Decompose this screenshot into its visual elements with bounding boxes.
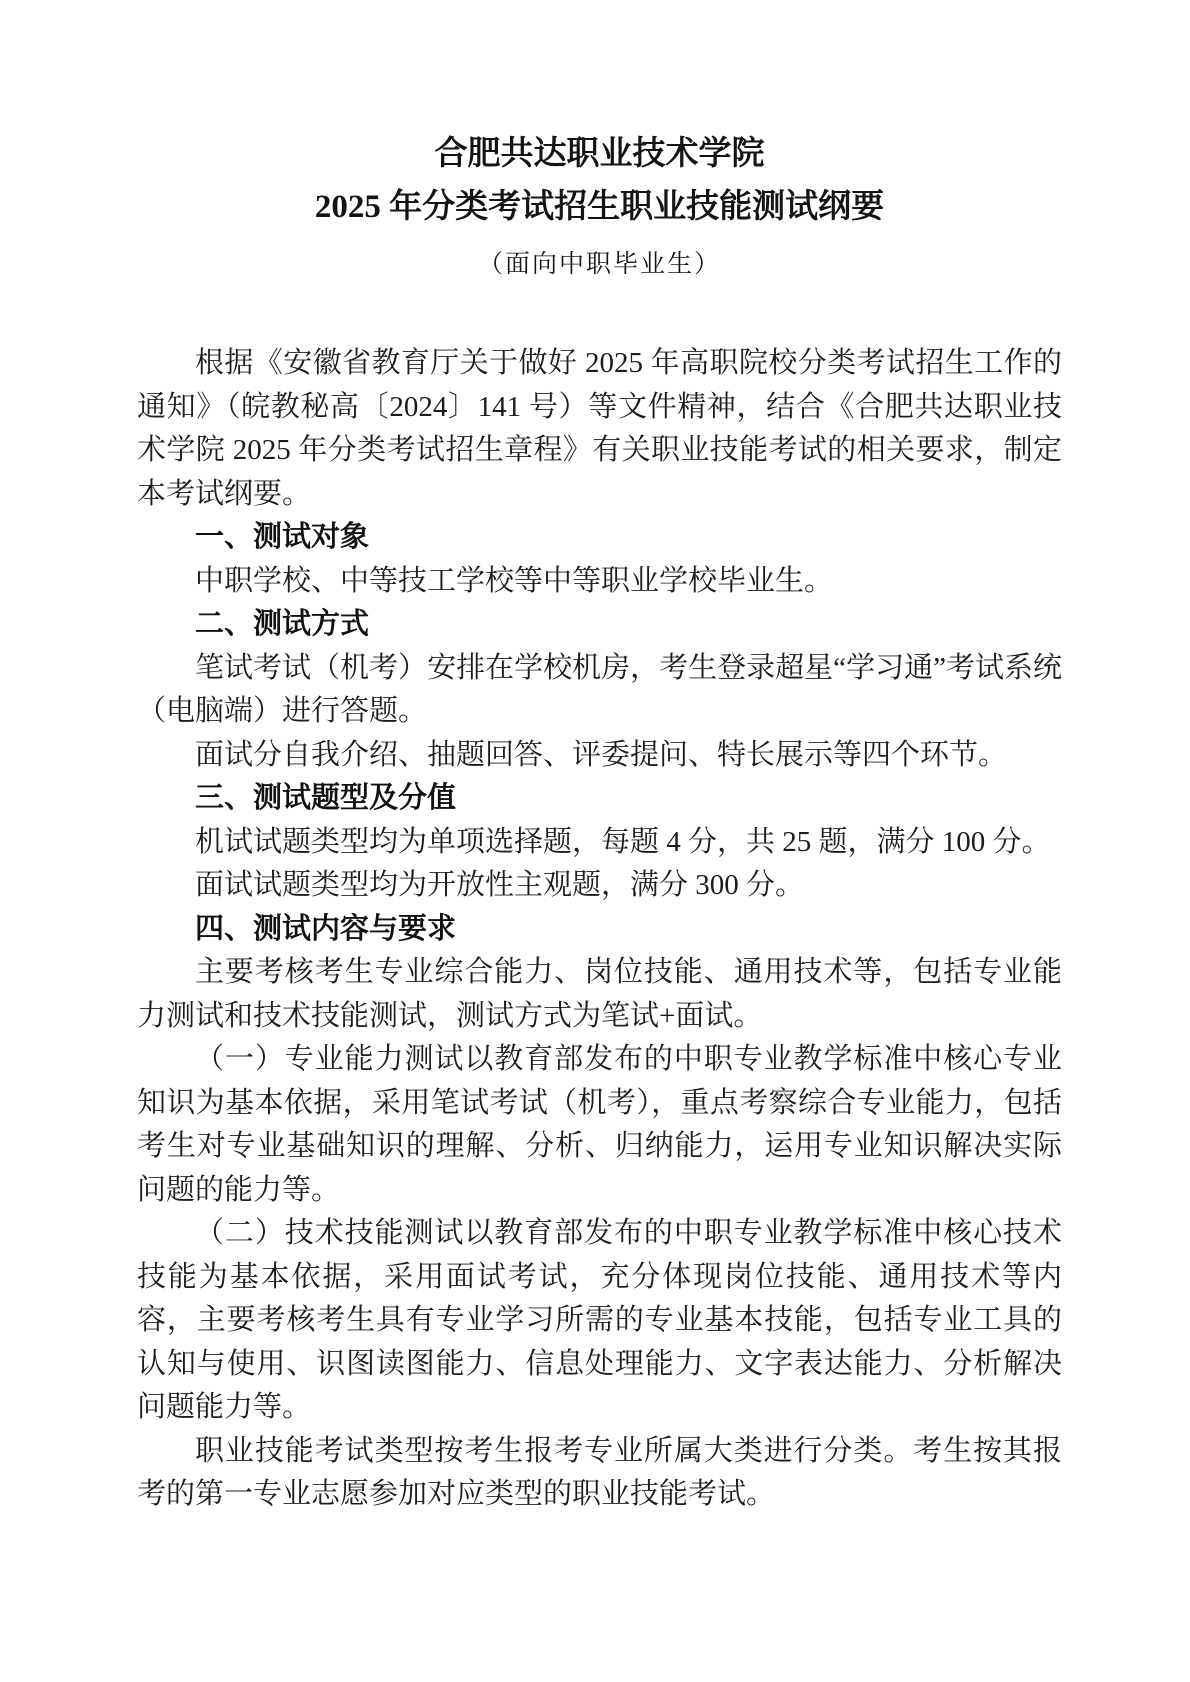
section-4-paragraph-4: 职业技能考试类型按考生报考专业所属大类进行分类。考生按其报考的第一专业志愿参加对… [137, 1430, 1062, 1517]
section-2-heading: 二、测试方式 [137, 603, 1062, 647]
section-4-paragraph-2: （一）专业能力测试以教育部发布的中职专业教学标准中核心专业知识为基本依据，采用笔… [137, 1038, 1062, 1212]
section-3-paragraph-1: 机试试题类型均为单项选择题，每题 4 分，共 25 题，满分 100 分。 [137, 821, 1062, 865]
section-4-heading: 四、测试内容与要求 [137, 908, 1062, 952]
section-1-heading: 一、测试对象 [137, 516, 1062, 560]
section-2-paragraph-1: 笔试考试（机考）安排在学校机房，考生登录超星“学习通”考试系统（电脑端）进行答题… [137, 647, 1062, 734]
section-4-paragraph-1: 主要考核考生专业综合能力、岗位技能、通用技术等，包括专业能力测试和技术技能测试，… [137, 951, 1062, 1038]
section-3-heading: 三、测试题型及分值 [137, 777, 1062, 821]
section-4-paragraph-3: （二）技术技能测试以教育部发布的中职专业教学标准中核心技术技能为基本依据，采用面… [137, 1212, 1062, 1430]
document-title: 合肥共达职业技术学院 [137, 128, 1062, 181]
section-2-paragraph-2: 面试分自我介绍、抽题回答、评委提问、特长展示等四个环节。 [137, 734, 1062, 778]
document-audience-line: （面向中职毕业生） [137, 242, 1062, 288]
section-3-paragraph-2: 面试试题类型均为开放性主观题，满分 300 分。 [137, 864, 1062, 908]
document-body: 根据《安徽省教育厅关于做好 2025 年高职院校分类考试招生工作的通知》（皖教秘… [137, 342, 1062, 1517]
section-1-paragraph-1: 中职学校、中等技工学校等中等职业学校毕业生。 [137, 560, 1062, 604]
document-page: 合肥共达职业技术学院 2025 年分类考试招生职业技能测试纲要 （面向中职毕业生… [0, 0, 1190, 1682]
document-subtitle: 2025 年分类考试招生职业技能测试纲要 [137, 181, 1062, 234]
intro-paragraph: 根据《安徽省教育厅关于做好 2025 年高职院校分类考试招生工作的通知》（皖教秘… [137, 342, 1062, 516]
